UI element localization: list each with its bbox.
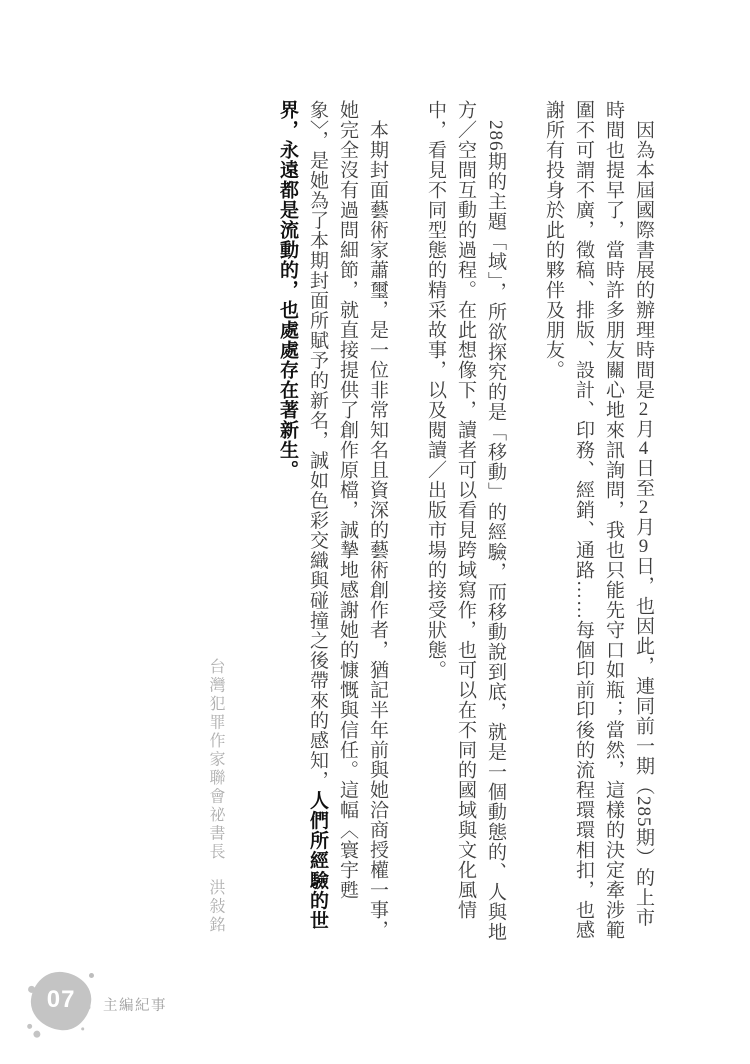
author-signature: 台灣犯罪作家聯會祕書長洪敍銘 — [204, 658, 227, 948]
paragraph-theme: 286期的主題「域」，所欲探究的是「移動」的經驗，而移動說到底，就是一個動態的、… — [420, 100, 510, 942]
ink-dot — [89, 973, 94, 978]
author-name: 洪敍銘 — [207, 879, 224, 935]
paragraph-text: 286期的主題「域」，所欲探究的是「移動」的經驗，而移動說到底，就是一個動態的、… — [425, 100, 506, 942]
page-number: 07 — [31, 986, 91, 1014]
paragraph-bookfair: 因為本屆國際書展的辦理時間是2月4日至2月9日，也因此，連同前一期（285期）的… — [538, 100, 658, 942]
article-body: 因為本屆國際書展的辦理時間是2月4日至2月9日，也因此，連同前一期（285期）的… — [272, 100, 658, 942]
paragraph-text: 因為本屆國際書展的辦理時間是2月4日至2月9日，也因此，連同前一期（285期）的… — [543, 100, 654, 940]
author-title: 台灣犯罪作家聯會祕書長 — [207, 658, 224, 862]
page-number-blob: 07 — [28, 969, 94, 1033]
section-label: 主編紀事 — [103, 994, 167, 1015]
magazine-page: 因為本屆國際書展的辦理時間是2月4日至2月9日，也因此，連同前一期（285期）的… — [0, 0, 750, 1064]
paragraph-cover-artist: 本期封面藝術家蕭璽，是一位非常知名且資深的藝術創作者，猶記半年前與她洽商授權一事… — [272, 100, 392, 942]
